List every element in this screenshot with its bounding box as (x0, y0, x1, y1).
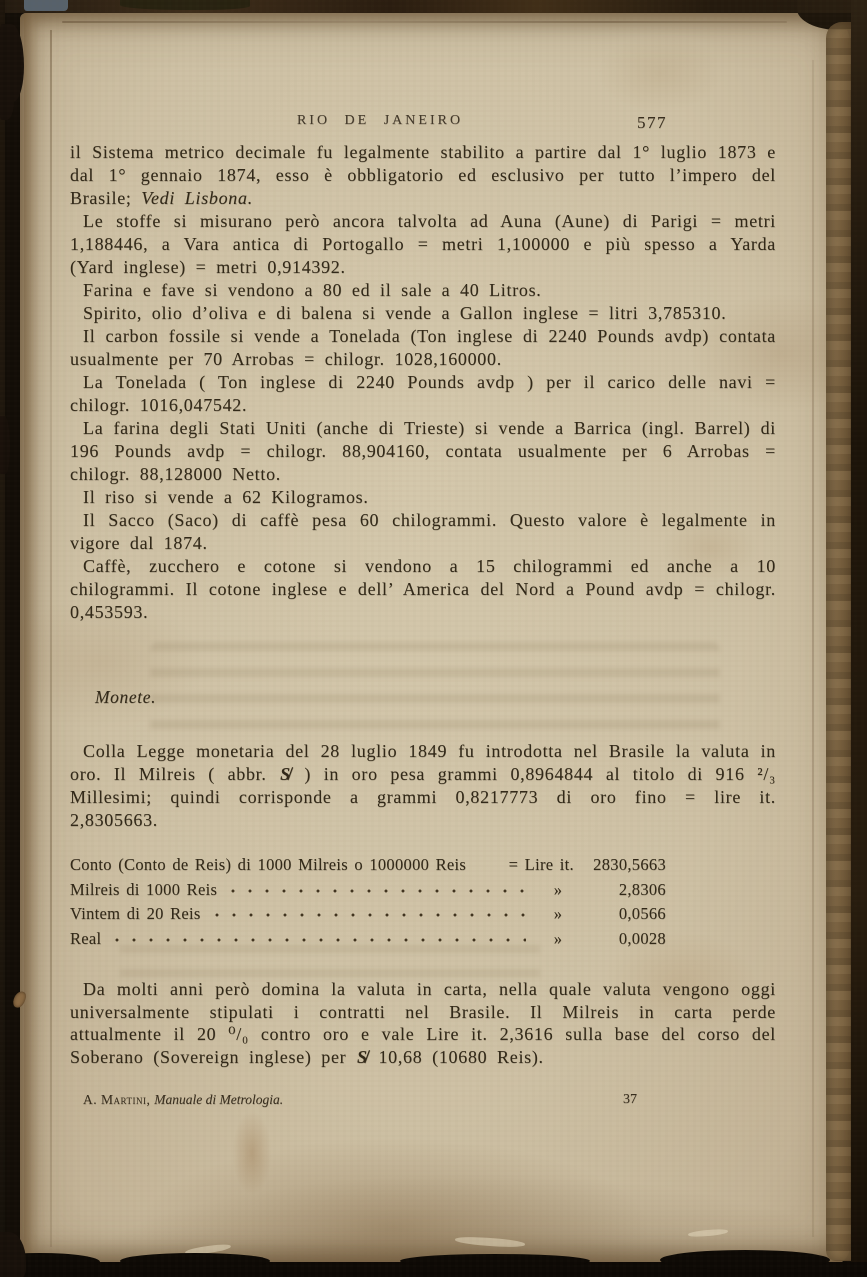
milreis-symbol: S̸ (356, 1047, 369, 1067)
work-title: Manuale di Metrologia. (154, 1092, 283, 1107)
table-row: Vintem di 20 Reis » 0,0566 (70, 902, 666, 927)
book-scan: RIO DE JANEIRO 577 il Sistema metrico de… (0, 0, 867, 1277)
scan-bottom-border (400, 1254, 590, 1268)
scan-right-border (851, 0, 867, 1277)
paragraph: Caffè, zucchero e cotone si vendono a 15… (70, 555, 776, 624)
paragraph: Spirito, olio d’oliva e di balena si ven… (70, 302, 776, 325)
scan-bottom-border (120, 1253, 270, 1269)
section-heading-monete: Monete. (95, 687, 156, 708)
gutter-shadow (24, 13, 40, 1266)
scan-bottom-border (660, 1250, 830, 1270)
currency-name: Milreis di 1000 Reis (70, 878, 217, 903)
paragraph: Colla Legge monetaria del 28 luglio 1849… (70, 740, 776, 832)
author-name: A. Martini, (83, 1092, 154, 1107)
background-patch (24, 0, 68, 11)
scan-left-border (0, 0, 5, 1277)
paragraph: La farina degli Stati Uniti (anche di Tr… (70, 417, 776, 486)
paragraph: Farina e fave si vendono a 80 ed il sale… (70, 279, 776, 302)
currency-name: Vintem di 20 Reis (70, 902, 201, 927)
binding-tear (0, 416, 10, 474)
ditto-mark: » (536, 927, 580, 952)
paragraph: Da molti anni però domina la valuta in c… (70, 978, 776, 1068)
milreis-symbol: S̸ (279, 764, 292, 784)
paragraph: Le stoffe si misurano però ancora talvol… (70, 210, 776, 279)
equals-lire: = Lire it. (509, 853, 580, 878)
currency-name: Conto (Conto de Reis) di 1000 Milreis o … (70, 853, 466, 878)
gutter-crease (50, 30, 52, 1247)
dot-leader (215, 913, 526, 917)
currency-value: 2,8306 (580, 878, 666, 903)
dot-leader (231, 889, 526, 893)
footer-citation: A. Martini, Manuale di Metrologia. (83, 1092, 283, 1108)
binding-tear (0, 86, 14, 120)
currency-value: 2830,5663 (580, 853, 666, 878)
ditto-mark: » (536, 878, 580, 903)
currency-paragraph: Colla Legge monetaria del 28 luglio 1849… (70, 740, 776, 832)
see-reference: Vedi Lisbona. (141, 188, 253, 208)
page-number: 577 (637, 113, 667, 133)
body-text: il Sistema metrico decimale fu legalment… (70, 141, 776, 624)
paragraph: Il carbon fossile si vende a Tonelada (T… (70, 325, 776, 371)
table-row: Milreis di 1000 Reis » 2,8306 (70, 878, 666, 903)
background-foliage (120, 0, 250, 10)
right-crease (812, 60, 814, 1237)
paragraph: Il riso si vende a 62 Kilogramos. (70, 486, 776, 509)
dot-leader (115, 938, 526, 942)
paper-currency-paragraph: Da molti anni però domina la valuta in c… (70, 978, 776, 1068)
currency-name: Real (70, 927, 101, 952)
page-edge-rough (826, 22, 854, 1261)
ditto-mark: » (536, 902, 580, 927)
paragraph: Il Sacco (Saco) di caffè pesa 60 chilogr… (70, 509, 776, 555)
signature-number: 37 (623, 1092, 637, 1108)
page-header: RIO DE JANEIRO 577 (70, 113, 776, 135)
paragraph-text: 10,68 (10680 Reis). (369, 1047, 544, 1067)
table-row: Conto (Conto de Reis) di 1000 Milreis o … (70, 853, 666, 878)
top-crease (62, 21, 787, 23)
running-title: RIO DE JANEIRO (297, 113, 463, 129)
show-through-text (150, 642, 720, 742)
currency-value: 0,0028 (580, 927, 666, 952)
table-row: Real » 0,0028 (70, 927, 666, 952)
currency-value: 0,0566 (580, 902, 666, 927)
currency-table: Conto (Conto de Reis) di 1000 Milreis o … (70, 853, 666, 951)
paragraph: La Tonelada ( Ton inglese di 2240 Pounds… (70, 371, 776, 417)
paragraph: il Sistema metrico decimale fu legalment… (70, 141, 776, 210)
